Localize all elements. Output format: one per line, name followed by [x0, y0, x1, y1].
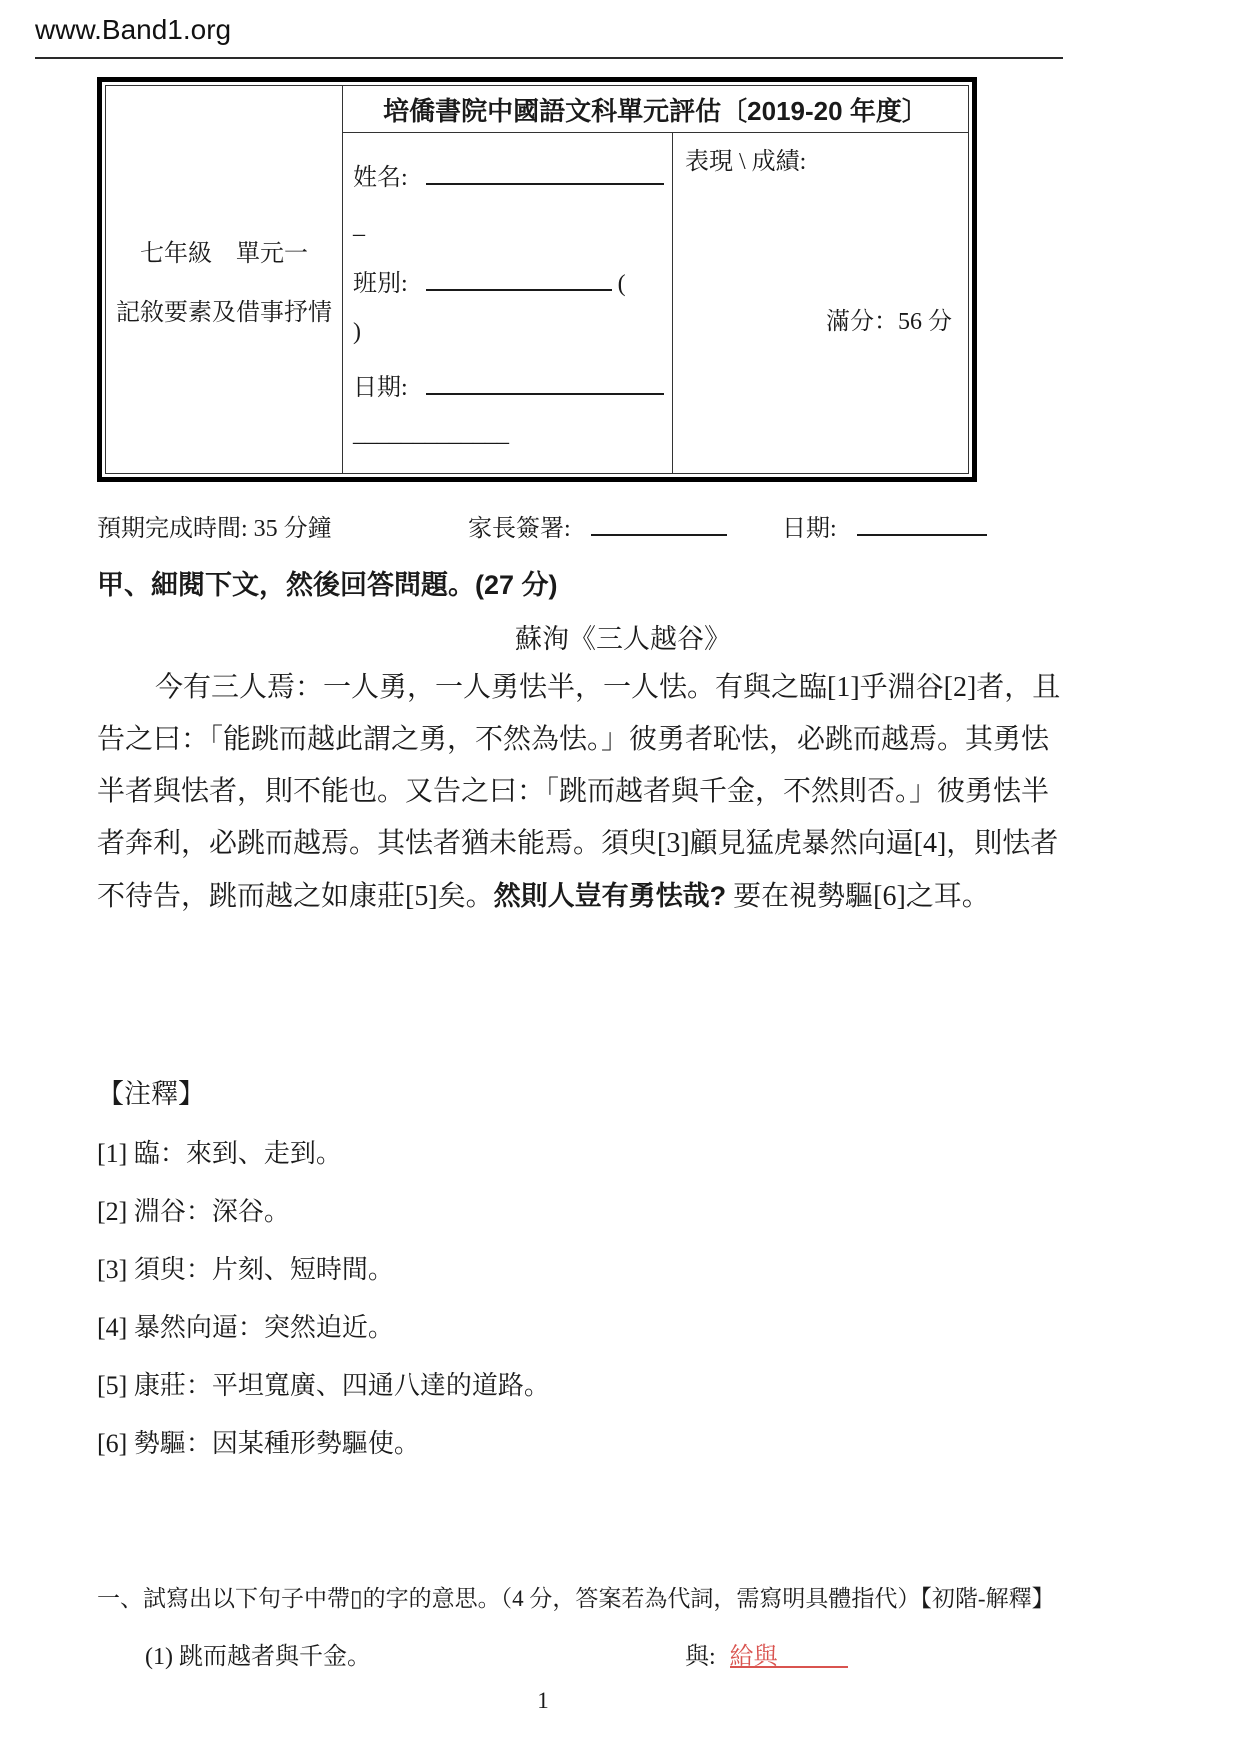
expected-time-label: 預期完成時間:: [97, 516, 248, 542]
expected-time: 預期完成時間: 35 分鐘: [97, 508, 332, 543]
answer-value: 給與: [730, 1636, 848, 1668]
class-paren-close-row: ): [353, 317, 666, 347]
meta-row: 預期完成時間: 35 分鐘 家長簽署: 日期:: [0, 508, 1240, 542]
site-url: www.Band1.org: [35, 14, 231, 46]
name-field-row: 姓名:: [353, 159, 666, 189]
student-info-cell: 姓名: _ 班別: ( ) 日期: _____________: [343, 133, 673, 473]
notes-heading: 【注釋】: [97, 1072, 205, 1111]
note-item: [1] 臨：來到、走到。: [97, 1125, 550, 1183]
passage-last-pre: 不待告，跳而越之如康莊[5]矣。: [97, 881, 494, 912]
parent-signature-label: 家長簽署:: [468, 516, 571, 542]
name-wrap-row: _: [353, 211, 666, 241]
meta-date: 日期:: [782, 508, 987, 543]
class-field-row: 班別: (: [353, 265, 666, 295]
question-one-item: (1) 跳而越者與千金。: [145, 1636, 371, 1671]
answer-label: 與:: [685, 1644, 716, 1670]
exam-paper-page: www.Band1.org 七年級 單元一 記敘要素及借事抒情 培僑書院中國語文…: [0, 0, 1240, 1754]
passage-line: 今有三人焉：一人勇，一人勇怯半，一人怯。有與之臨[1]乎淵谷[2]者，且: [97, 662, 1153, 714]
passage-title: 蘇洵《三人越谷》: [97, 617, 1149, 656]
notes-list: [1] 臨：來到、走到。 [2] 淵谷：深谷。 [3] 須臾：片刻、短時間。 […: [97, 1125, 550, 1473]
section-a-heading: 甲、細閱下文，然後回答問題。(27 分): [97, 563, 558, 602]
full-mark-label: 滿分：: [826, 309, 898, 335]
name-blank: [426, 159, 664, 185]
passage-line: 告之曰：「能跳而越此謂之勇，不然為怯。」彼勇者恥怯，必跳而越焉。其勇怯: [97, 714, 1153, 766]
question-one-answer: 與: 給與: [685, 1636, 848, 1671]
note-item: [3] 須臾：片刻、短時間。: [97, 1241, 550, 1299]
class-paren-open: (: [618, 271, 626, 297]
passage-line: 半者與怯者，則不能也。又告之曰：「跳而越者與千金，不然則否。」彼勇怯半: [97, 766, 1153, 818]
note-item: [2] 淵谷：深谷。: [97, 1183, 550, 1241]
question-one-item-row: (1) 跳而越者與千金。 與: 給與: [97, 1636, 1149, 1670]
date-field-row: 日期:: [353, 369, 666, 399]
performance-label: 表現 \ 成績:: [685, 141, 806, 176]
date-label: 日期:: [353, 375, 408, 401]
meta-date-label: 日期:: [782, 516, 837, 542]
passage-last-post: 要在視勢驅[6]之耳。: [726, 881, 990, 912]
question-one-stem: 一、試寫出以下句子中帶▯的字的意思。（4 分，答案若為代詞，需寫明具體指代）【初…: [97, 1580, 1055, 1613]
score-cell: 表現 \ 成績: 滿分：56 分: [673, 133, 968, 473]
name-label: 姓名:: [353, 165, 408, 191]
exam-header-table-inner: 七年級 單元一 記敘要素及借事抒情 培僑書院中國語文科單元評估〔2019-20 …: [105, 85, 969, 474]
passage-line: 者奔利，必跳而越焉。其怯者猶未能焉。須臾[3]顧見猛虎暴然向逼[4]，則怯者: [97, 818, 1153, 870]
page-number: 1: [0, 1688, 1086, 1714]
date-wrap-row: _____________: [353, 419, 666, 449]
header-divider: [35, 57, 1063, 59]
parent-signature-blank: [591, 510, 727, 536]
exam-header-table: 七年級 單元一 記敘要素及借事抒情 培僑書院中國語文科單元評估〔2019-20 …: [97, 77, 977, 482]
note-item: [4] 暴然向逼：突然迫近。: [97, 1299, 550, 1357]
expected-time-value: 35 分鐘: [254, 516, 332, 542]
passage: 今有三人焉：一人勇，一人勇怯半，一人怯。有與之臨[1]乎淵谷[2]者，且 告之曰…: [97, 662, 1153, 922]
unit-info-cell: 七年級 單元一 記敘要素及借事抒情: [106, 86, 343, 473]
passage-line-last: 不待告，跳而越之如康莊[5]矣。然則人豈有勇怯哉? 要在視勢驅[6]之耳。: [97, 870, 1153, 922]
meta-date-blank: [857, 510, 987, 536]
unit-topic-label: 記敘要素及借事抒情: [116, 292, 332, 327]
exam-title: 培僑書院中國語文科單元評估〔2019-20 年度〕: [343, 86, 968, 133]
class-label: 班別:: [353, 271, 408, 297]
passage-bold-phrase: 然則人豈有勇怯哉?: [494, 881, 727, 911]
full-mark: 滿分：56 分: [826, 301, 952, 336]
note-item: [6] 勢驅：因某種形勢驅使。: [97, 1415, 550, 1473]
full-mark-value: 56 分: [898, 309, 952, 335]
note-item: [5] 康莊：平坦寬廣、四通八達的道路。: [97, 1357, 550, 1415]
parent-signature: 家長簽署:: [468, 508, 727, 543]
date-blank: [426, 369, 664, 395]
grade-unit-label: 七年級 單元一: [140, 233, 308, 268]
class-blank: [426, 265, 612, 291]
